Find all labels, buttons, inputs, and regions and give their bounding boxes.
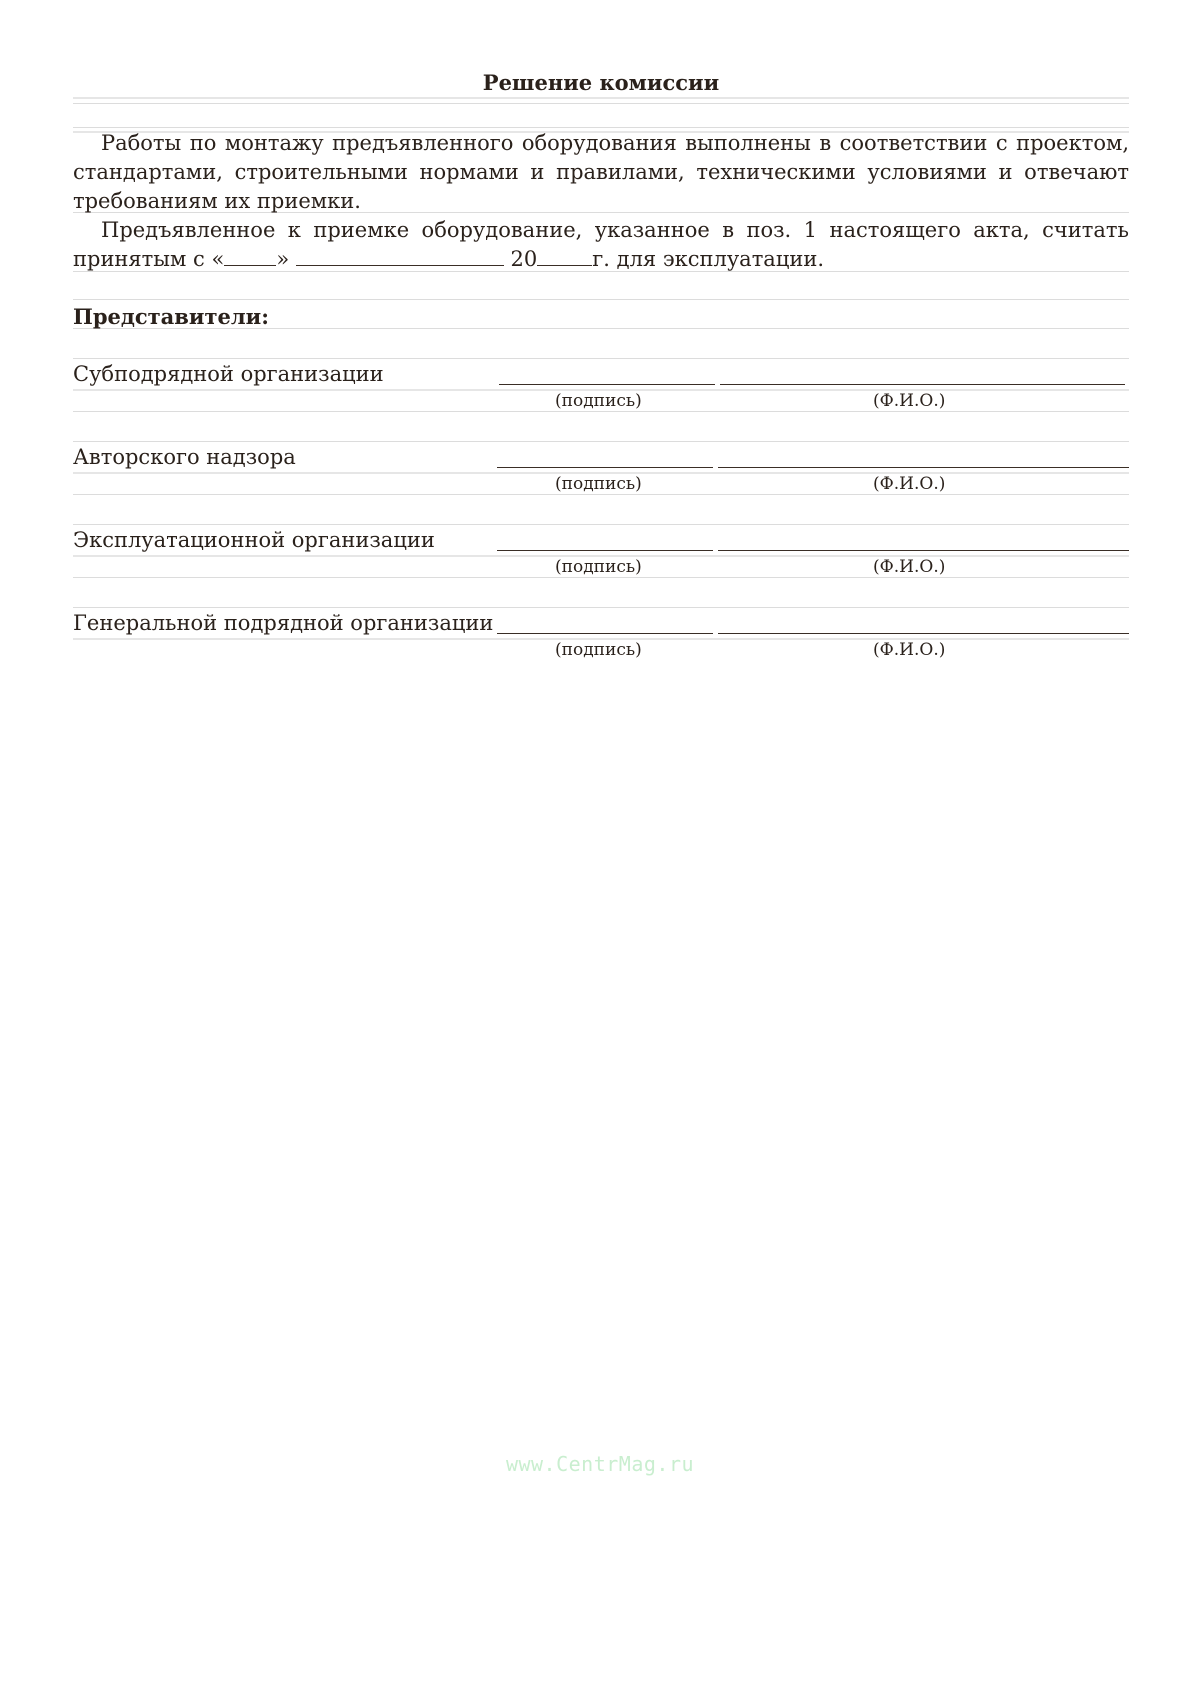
signatory-label: Авторского надзора xyxy=(73,445,296,469)
day-blank-field[interactable] xyxy=(224,247,276,266)
full-name-caption: (Ф.И.О.) xyxy=(873,391,945,411)
paragraph-line: стандартами, строительными нормами и пра… xyxy=(73,158,1129,187)
rule-line xyxy=(73,577,1129,578)
paragraph-line: Предъявленное к приемке оборудование, ук… xyxy=(73,216,1129,245)
rule-line xyxy=(73,494,1129,495)
year-blank-field[interactable] xyxy=(537,247,592,266)
rule-line xyxy=(73,524,1129,525)
signature-caption: (подпись) xyxy=(555,391,642,411)
full-name-caption: (Ф.И.О.) xyxy=(873,474,945,494)
full-name-field[interactable] xyxy=(718,633,1129,634)
rule-line xyxy=(73,411,1129,412)
month-blank-field[interactable] xyxy=(296,247,504,266)
signature-caption: (подпись) xyxy=(555,474,642,494)
commission-decision-paragraph: Работы по монтажу предъявленного оборудо… xyxy=(73,129,1129,216)
paragraph-line: требованиям их приемки. xyxy=(73,187,1129,216)
rule-line xyxy=(73,607,1129,608)
rule-line xyxy=(73,97,1129,99)
watermark: www.CentrMag.ru xyxy=(0,1452,1200,1476)
signature-caption: (подпись) xyxy=(555,640,642,660)
signature-caption: (подпись) xyxy=(555,557,642,577)
paragraph-line: Работы по монтажу предъявленного оборудо… xyxy=(73,129,1129,158)
signature-field[interactable] xyxy=(497,467,713,468)
full-name-field[interactable] xyxy=(718,467,1129,468)
acceptance-paragraph: Предъявленное к приемке оборудование, ук… xyxy=(73,216,1129,274)
rule-line xyxy=(73,127,1129,128)
signatory-label: Эксплуатационной организации xyxy=(73,528,435,552)
rule-line xyxy=(73,358,1129,359)
representatives-heading: Представители: xyxy=(73,304,269,329)
signatory-label: Субподрядной организации xyxy=(73,362,384,386)
full-name-field[interactable] xyxy=(720,384,1125,385)
rule-line xyxy=(73,441,1129,442)
paragraph-line: принятым с «» 20г. для эксплуатации. xyxy=(73,245,1129,274)
full-name-caption: (Ф.И.О.) xyxy=(873,640,945,660)
full-name-caption: (Ф.И.О.) xyxy=(873,557,945,577)
rule-line xyxy=(73,103,1129,104)
rule-line xyxy=(73,299,1129,300)
signatory-label: Генеральной подрядной организации xyxy=(73,611,493,635)
full-name-field[interactable] xyxy=(718,550,1129,551)
page-title: Решение комиссии xyxy=(73,70,1129,95)
signature-field[interactable] xyxy=(497,633,713,634)
signature-field[interactable] xyxy=(497,550,713,551)
signature-field[interactable] xyxy=(499,384,715,385)
